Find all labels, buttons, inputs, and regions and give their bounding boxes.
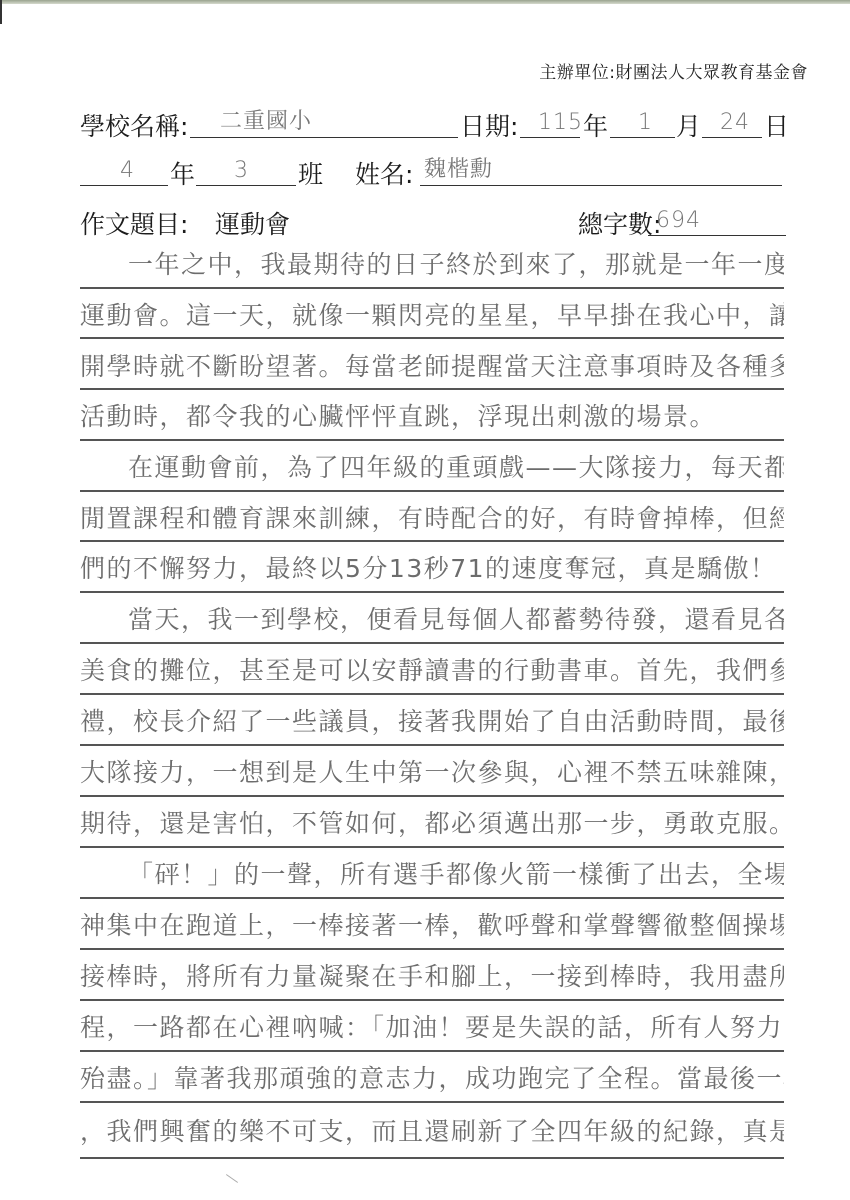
essay-line-11: 大隊接力，一想到是人生中第一次參與，心裡不禁五味雜陳，不知是該: [80, 756, 784, 790]
school-value: 二重國小: [220, 104, 312, 135]
ruled-line: [80, 846, 784, 848]
essay-line-5: 在運動會前，為了四年級的重頭戲——大隊接力，每天都抽空選擇: [80, 451, 784, 485]
essay-line-2: 運動會。這一天，就像一顆閃亮的星星，早早掛在我心中，讓我從: [80, 299, 784, 333]
word-count-value: 694: [656, 208, 701, 233]
essay-line-6: 閒置課程和體育課來訓練，有時配合的好，有時會掉棒，但經過我: [80, 502, 784, 536]
class-field: 3: [196, 155, 296, 186]
date-day-field: 24: [702, 107, 762, 138]
date-day-value: 24: [720, 110, 750, 135]
topic-label: 作文題目:: [80, 205, 188, 241]
name-value: 魏楷勳: [424, 152, 493, 183]
organizer-label: 主辦單位:財團法人大眾教育基金會: [539, 58, 808, 83]
essay-line-4: 活動時，都令我的心臟怦怦直跳，浮現出刺激的場景。: [80, 400, 784, 434]
ruled-line: [80, 795, 784, 797]
school-field: 二重國小: [190, 107, 458, 138]
name-field: 魏楷勳: [420, 155, 782, 186]
ruled-line: [80, 591, 784, 593]
scan-left-edge: [0, 0, 2, 24]
essay-line-7: 們的不懈努力，最終以5分13秒71的速度奪冠，真是驕傲！: [80, 552, 784, 586]
essay-line-8: 當天，我一到學校，便看見每個人都蓄勢待發，還看見各種遊戲、: [80, 603, 784, 637]
ruled-line: [80, 1050, 784, 1052]
ruled-line: [80, 388, 784, 390]
essay-line-17: 殆盡。」靠著我那頑強的意志力，成功跑完了全程。當最後一棒越過終點時: [80, 1062, 784, 1096]
grade-unit: 年: [170, 155, 195, 191]
pencil-mark: [226, 1174, 238, 1183]
essay-line-16: 程，一路都在心裡吶喊：「加油！要是失誤的話，所有人努力的意志將毀滅: [80, 1011, 784, 1045]
date-year-field: 115: [520, 107, 580, 138]
ruled-line: [80, 540, 784, 542]
essay-line-18: ，我們興奮的樂不可支，而且還刷新了全四年級的紀錄，真是太棒了！: [80, 1115, 784, 1149]
date-month-value: 1: [638, 110, 653, 135]
ruled-line: [80, 642, 784, 644]
date-year-value: 115: [538, 110, 583, 135]
topic-value: 運動會: [215, 205, 290, 241]
name-label: 姓名:: [355, 155, 413, 191]
essay-line-12: 期待，還是害怕，不管如何，都必須邁出那一步，勇敢克服。: [80, 807, 784, 841]
class-unit: 班: [298, 155, 323, 191]
date-label: 日期:: [460, 107, 518, 143]
essay-line-10: 禮，校長介紹了一些議員，接著我開始了自由活動時間，最後，也就是: [80, 705, 784, 739]
essay-line-9: 美食的攤位，甚至是可以安靜讀書的行動書車。首先，我們參加了升旗典: [80, 654, 784, 688]
essay-line-3: 開學時就不斷盼望著。每當老師提醒當天注意事項時及各種多樣化: [80, 350, 784, 384]
ruled-line: [80, 693, 784, 695]
day-unit: 日: [764, 107, 789, 143]
year-unit: 年: [583, 107, 608, 143]
ruled-line: [80, 744, 784, 746]
month-unit: 月: [676, 107, 701, 143]
ruled-line: [80, 1101, 784, 1103]
essay-line-15: 接棒時，將所有力量凝聚在手和腳上，一接到棒時，我用盡所有能量跑完全: [80, 960, 784, 994]
ruled-line: [80, 948, 784, 950]
grade-field: 4: [80, 155, 168, 186]
word-count-field: 694: [648, 205, 786, 236]
ruled-line: [80, 1157, 784, 1159]
grade-value: 4: [120, 158, 135, 183]
ruled-line: [80, 287, 784, 289]
ruled-line: [80, 439, 784, 441]
school-label: 學校名稱:: [80, 107, 188, 143]
class-value: 3: [234, 158, 249, 183]
essay-line-13: 「砰！」的一聲，所有選手都像火箭一樣衝了出去，全場瞬間將眼: [80, 858, 784, 892]
ruled-line: [80, 337, 784, 339]
ruled-line: [80, 999, 784, 1001]
scan-top-edge: [0, 0, 850, 4]
essay-line-1: 一年之中，我最期待的日子終於到來了，那就是一年一度的: [80, 248, 784, 282]
date-month-field: 1: [610, 107, 675, 138]
ruled-line: [80, 490, 784, 492]
ruled-line: [80, 897, 784, 899]
essay-line-14: 神集中在跑道上，一棒接著一棒，歡呼聲和掌聲響徹整個操場，當輪到我: [80, 909, 784, 943]
